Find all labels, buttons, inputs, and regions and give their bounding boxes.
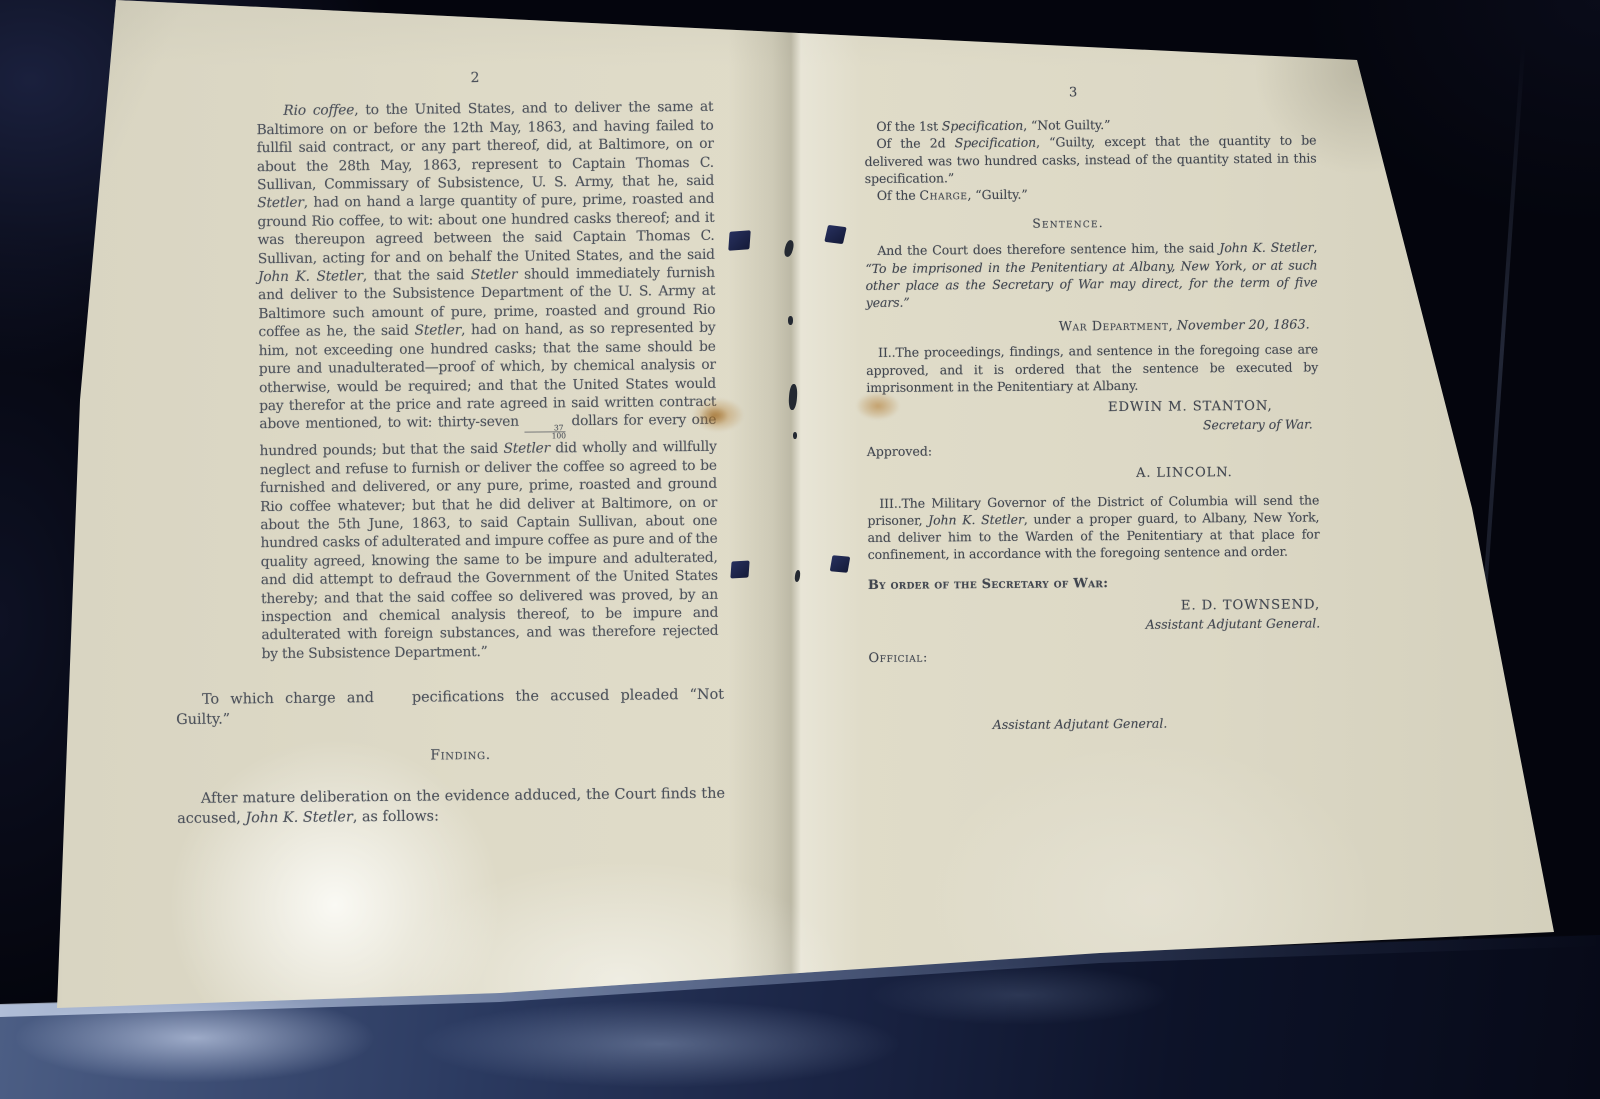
fold-speck [783,239,795,257]
finding-heading: Finding. [177,744,725,768]
punch-hole-mark [728,230,750,250]
punch-hole-mark [824,225,846,244]
plea-paragraph: To which charge andpecifications the acc… [176,685,724,730]
body-run: Stetler [415,322,462,338]
approved-label: Approved: [867,440,1319,461]
charge-specification-paragraph: Rio coffee, to the United States, and to… [256,98,718,663]
sentence-run: “To be imprisoned in the Penitentiary at… [865,257,1317,310]
townsend-title: Assistant Adjutant General. [868,615,1320,636]
sentence-run: And the Court does therefore sentence hi… [877,241,1219,259]
townsend-signature: E. D. TOWNSEND, [868,596,1320,617]
document-paper: 2 Rio coffee, to the United States, and … [0,0,1600,1099]
fold-speck [788,316,793,325]
verdict-run: , “Not Guilty.” [1023,117,1110,133]
page-number: 2 [170,67,718,91]
body-run: , that the said [363,267,471,284]
finding-run: John K. Stetler [245,809,353,826]
photo-scene: 2 Rio coffee, to the United States, and … [0,0,1600,1099]
verdict-charge-paragraph: Of the Charge, “Guilty.” [865,183,1317,204]
order-iii-paragraph: III..The Military Governor of the Distri… [867,491,1320,563]
body-run: Stetler [503,441,550,457]
punch-hole-mark [730,561,749,579]
body-run: John K. Stetler [258,268,363,285]
sentence-run: John K. Stetler [1219,240,1313,256]
verdict-run: Of the 1st [876,119,942,135]
verdict-run: Specification [955,135,1036,151]
war-department-dateline: War Department, November 20, 1863. [866,317,1318,338]
dateline-run: , [1169,319,1177,334]
verdict-run: Of the 2d [876,136,954,152]
order-iii-run: John K. Stetler [928,512,1024,528]
foxing-stain [700,406,728,426]
body-run: , had on hand a large quantity of pure, … [257,191,714,267]
fold-speck [788,384,798,410]
official-label: Official: [868,647,1320,668]
body-run: Stetler [257,195,304,211]
stanton-signature: EDWIN M. STANTON, [866,397,1318,418]
verdict-run: , “Guilty.” [967,187,1027,202]
stanton-title: Secretary of War. [867,416,1319,437]
verdict-run: Specification [942,118,1023,134]
plea-run: To which charge and [202,690,374,708]
punch-hole-mark [830,555,851,573]
price-fraction: 37100 [525,425,566,440]
by-order-line: By order of the Secretary of War: [868,573,1320,594]
fraction-denominator: 100 [525,432,566,440]
finding-paragraph: After mature deliberation on the evidenc… [177,783,725,828]
page-2: 2 Rio coffee, to the United States, and … [170,67,725,829]
closing-adjutant-title: Assistant Adjutant General. [869,714,1321,735]
verdict-2d-paragraph: Of the 2d Specification, “Guilty, except… [864,132,1316,187]
page-number: 3 [864,82,1316,103]
lincoln-signature: A. LINCOLN. [867,463,1319,484]
sentence-heading: Sentence. [865,214,1271,234]
sentence-paragraph: And the Court does therefore sentence hi… [865,239,1318,311]
order-ii-paragraph: II..The proceedings, findings, and sente… [866,341,1318,396]
fold-speck [793,432,797,439]
verdict-run: Charge [919,187,967,202]
body-run: Rio coffee [283,103,354,120]
sentence-run: , [1313,240,1317,255]
verdict-run: Of the [877,188,920,203]
finding-run: , as follows: [353,808,439,825]
dateline-run: November 20, 1863. [1177,318,1310,334]
page-3: 3 Of the 1st Specification, “Not Guilty.… [864,82,1321,734]
fold-speck [794,570,801,583]
body-run: did wholly and willfully neglect and ref… [260,439,719,662]
foxing-stain [856,392,900,420]
dateline-run: War Department [1059,319,1169,335]
body-run: Stetler [471,267,518,283]
